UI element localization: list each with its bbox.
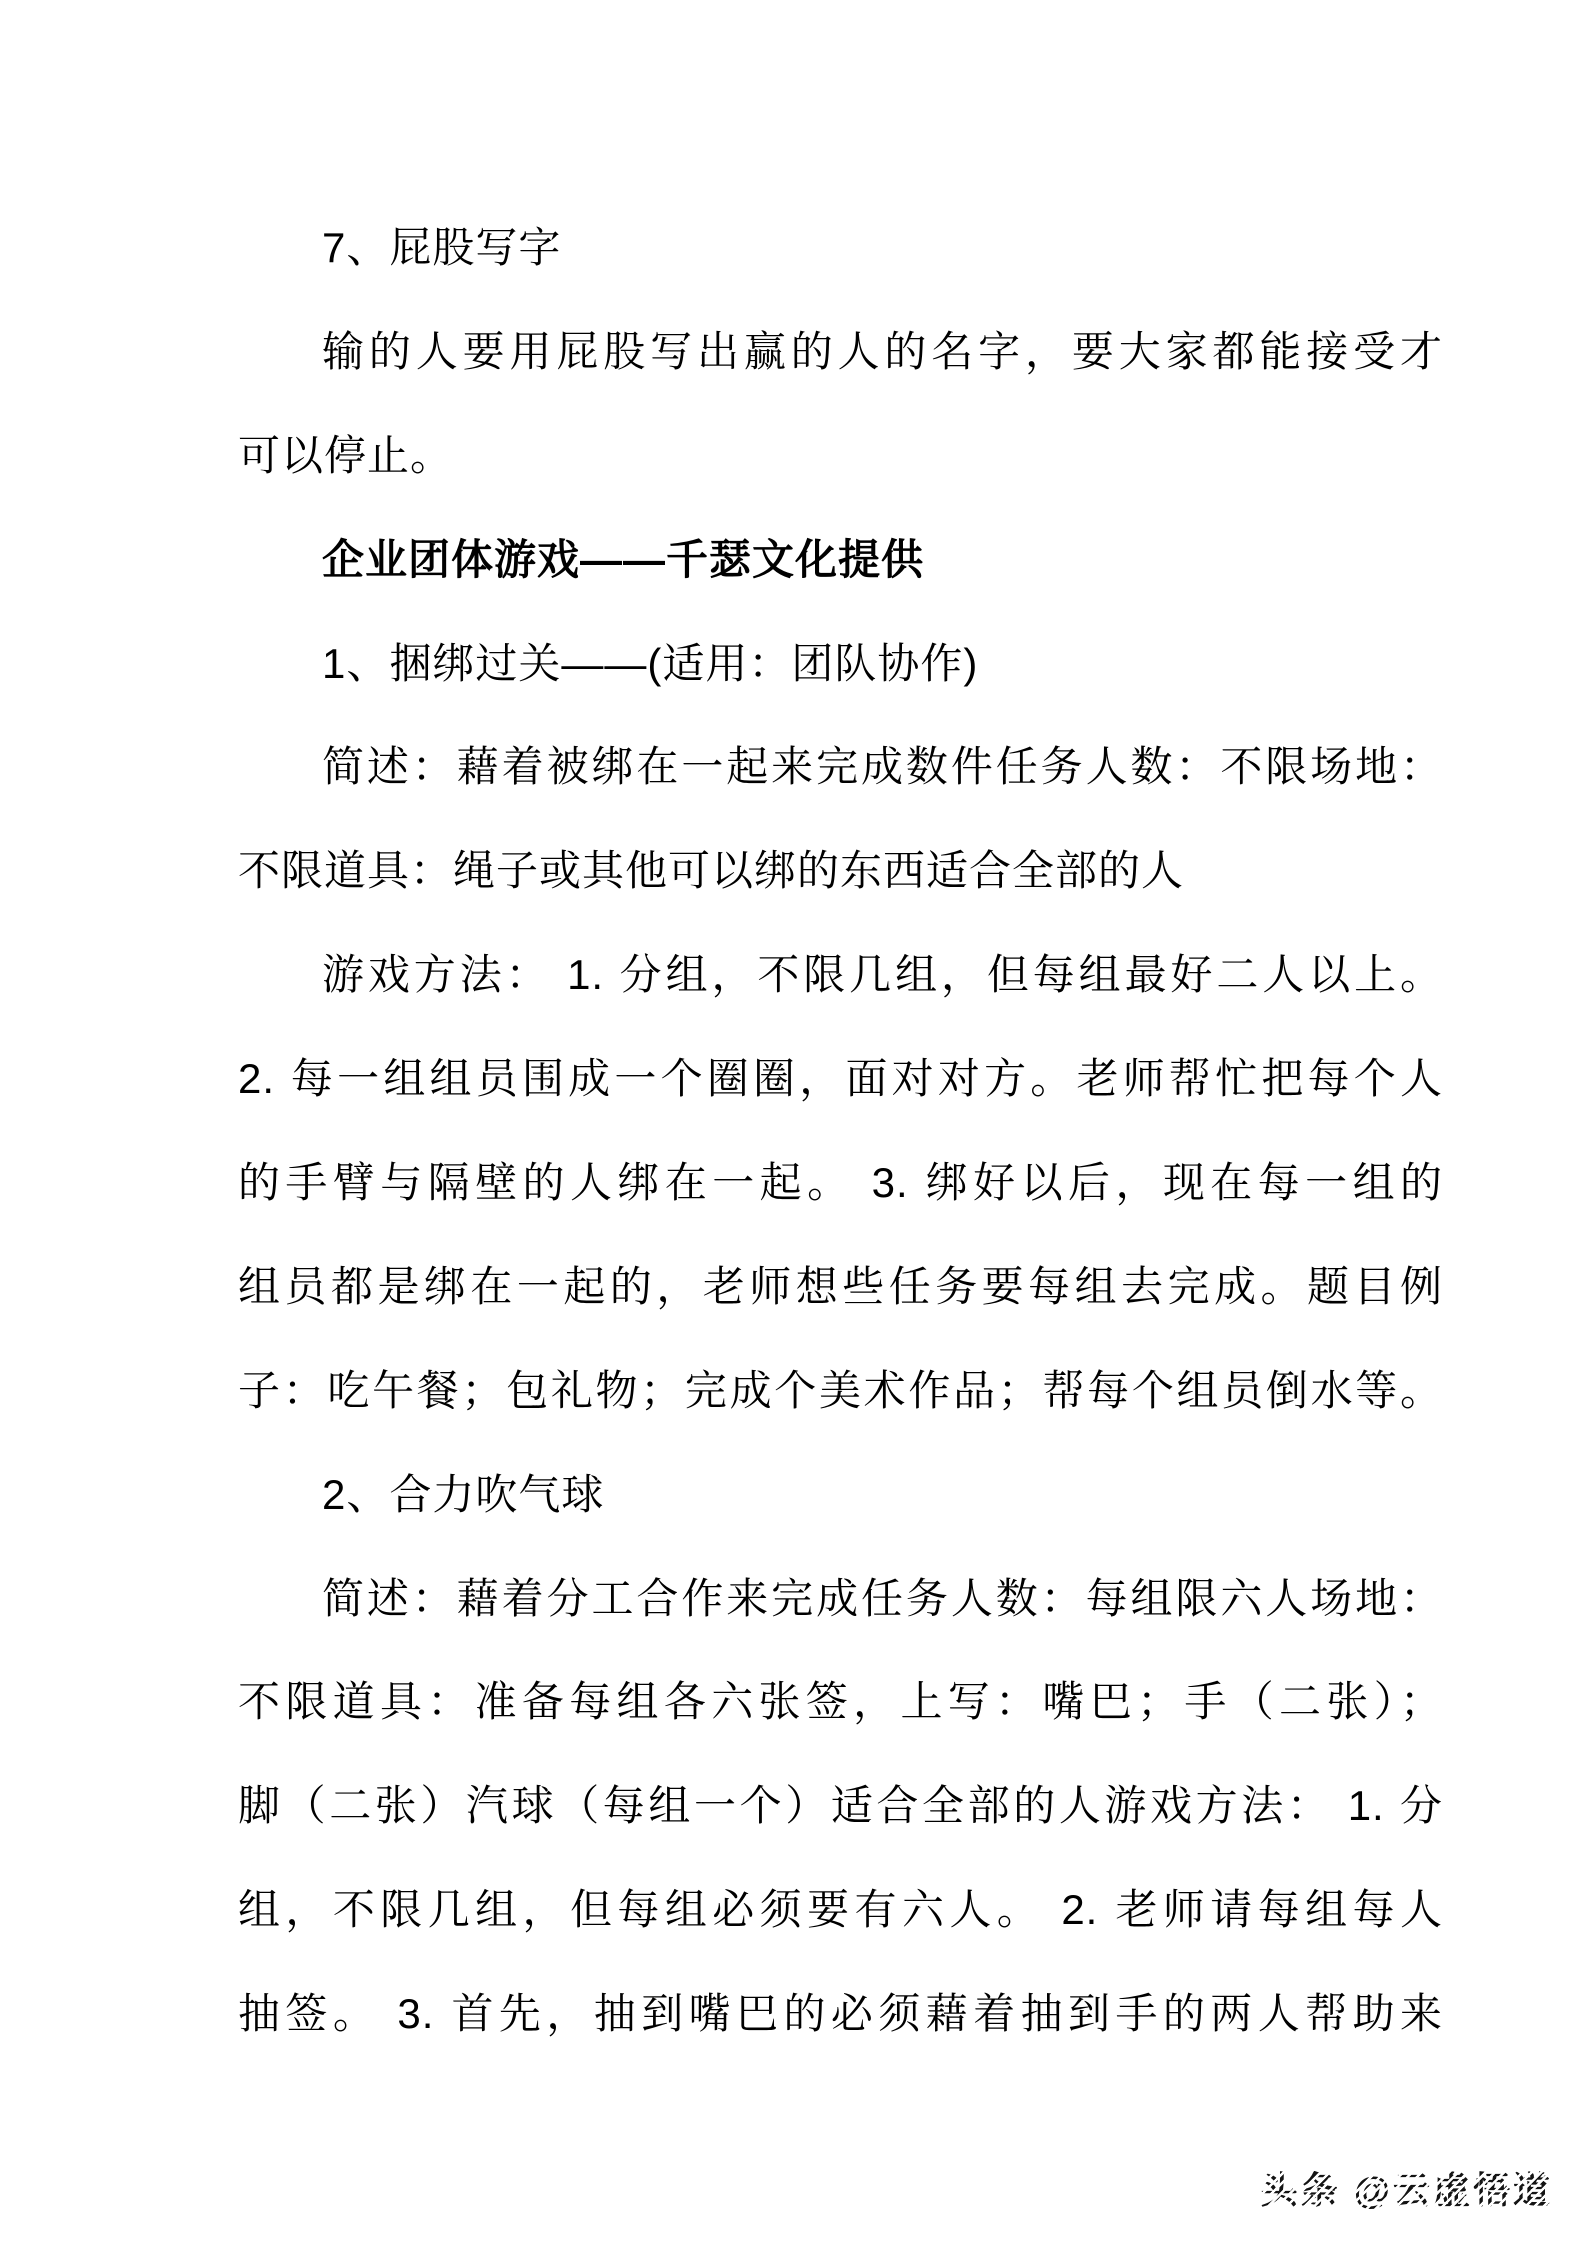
text-line: 的手臂与隔壁的人绑在一起。 3. 绑好以后，现在每一组的 xyxy=(238,1131,1443,1235)
watermark-text: 头条 @云虚悟道 xyxy=(1261,2160,1553,2214)
text-line: 抽签。 3. 首先，抽到嘴巴的必须藉着抽到手的两人帮助来 xyxy=(238,1962,1443,2066)
text-line: 7、屁股写字 xyxy=(238,196,1443,300)
text-line: 不限道具：绳子或其他可以绑的东西适合全部的人 xyxy=(238,819,1443,923)
text-line: 输的人要用屁股写出赢的人的名字，要大家都能接受才 xyxy=(238,300,1443,404)
text-line: 可以停止。 xyxy=(238,404,1443,508)
text-line: 企业团体游戏——千瑟文化提供 xyxy=(238,508,1443,612)
document-text-body: 7、屁股写字输的人要用屁股写出赢的人的名字，要大家都能接受才可以停止。企业团体游… xyxy=(238,196,1443,2066)
text-line: 组，不限几组，但每组必须要有六人。 2. 老师请每组每人 xyxy=(238,1858,1443,1962)
text-line: 2. 每一组组员围成一个圈圈，面对对方。老师帮忙把每个人 xyxy=(238,1027,1443,1131)
text-line: 1、捆绑过关——(适用：团队协作) xyxy=(238,612,1443,716)
text-line: 子：吃午餐；包礼物；完成个美术作品；帮每个组员倒水等。 xyxy=(238,1339,1443,1443)
text-line: 简述：藉着被绑在一起来完成数件任务人数：不限场地： xyxy=(238,715,1443,819)
text-line: 2、合力吹气球 xyxy=(238,1443,1443,1547)
text-line: 游戏方法： 1. 分组，不限几组，但每组最好二人以上。 xyxy=(238,923,1443,1027)
text-line: 脚（二张）汽球（每组一个）适合全部的人游戏方法： 1. 分 xyxy=(238,1754,1443,1858)
text-line: 组员都是绑在一起的，老师想些任务要每组去完成。题目例 xyxy=(238,1235,1443,1339)
document-page: 7、屁股写字输的人要用屁股写出赢的人的名字，要大家都能接受才可以停止。企业团体游… xyxy=(0,0,1587,2245)
text-line: 简述：藉着分工合作来完成任务人数：每组限六人场地： xyxy=(238,1547,1443,1651)
text-line: 不限道具：准备每组各六张签，上写：嘴巴；手（二张）； xyxy=(238,1650,1443,1754)
